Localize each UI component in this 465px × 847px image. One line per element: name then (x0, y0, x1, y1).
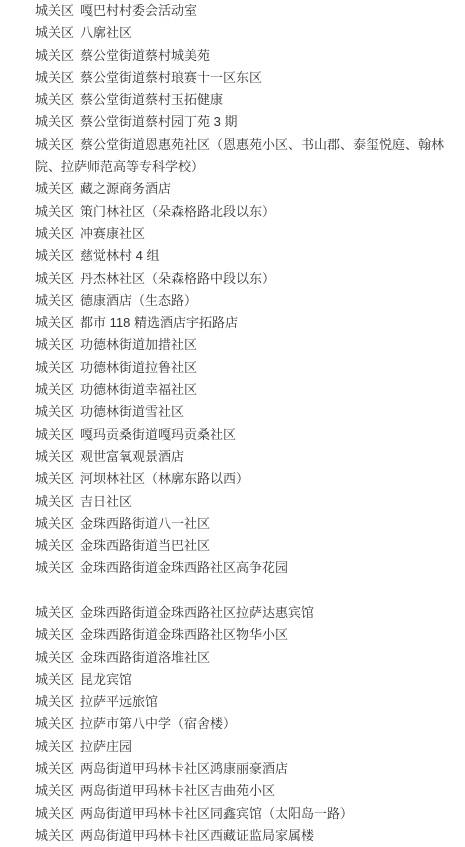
list-item: 城关区丹杰林社区（朵森格路中段以东） (35, 268, 461, 290)
list-item: 城关区功德林街道加措社区 (35, 334, 461, 356)
place-label: 昆龙宾馆 (80, 672, 132, 687)
place-label: 蔡公堂街道蔡村玉拓健康 (80, 92, 223, 107)
place-label: 两岛街道甲玛林卡社区吉曲苑小区 (80, 783, 275, 798)
place-label: 两岛街道甲玛林卡社区西藏证监局家属楼 (80, 828, 314, 843)
list-item: 城关区都市 118 精选酒店宇拓路店 (35, 312, 461, 334)
place-label: 蔡公堂街道恩惠苑社区（恩惠苑小区、书山郡、泰玺悦庭、翰林院、拉萨师范高等专科学校… (35, 137, 444, 174)
place-label: 拉萨平远旅馆 (80, 694, 158, 709)
place-label: 功德林街道雪社区 (80, 404, 184, 419)
district-label: 城关区 (35, 605, 74, 620)
district-label: 城关区 (35, 293, 74, 308)
district-label: 城关区 (35, 672, 74, 687)
place-label: 观世富氧观景酒店 (80, 449, 184, 464)
district-label: 城关区 (35, 560, 74, 575)
place-label: 丹杰林社区（朵森格路中段以东） (80, 271, 275, 286)
district-label: 城关区 (35, 382, 74, 397)
place-label: 两岛街道甲玛林卡社区同鑫宾馆（太阳岛一路） (80, 806, 353, 821)
list-item: 城关区慈觉林村 4 组 (35, 245, 461, 267)
place-label: 金珠西路街道洛堆社区 (80, 650, 210, 665)
district-label: 城关区 (35, 694, 74, 709)
district-label: 城关区 (35, 783, 74, 798)
district-label: 城关区 (35, 806, 74, 821)
place-label: 蔡公堂街道蔡村园丁苑 3 期 (80, 114, 237, 129)
district-label: 城关区 (35, 716, 74, 731)
district-label: 城关区 (35, 248, 74, 263)
place-label: 金珠西路街道当巴社区 (80, 538, 210, 553)
list-item: 城关区蔡公堂街道蔡村琅赛十一区东区 (35, 67, 461, 89)
list-item: 城关区蔡公堂街道蔡村玉拓健康 (35, 89, 461, 111)
list-item: 城关区嘎玛贡桑街道嘎玛贡桑社区 (35, 424, 461, 446)
list-item: 城关区两岛街道甲玛林卡社区吉曲苑小区 (35, 780, 461, 802)
district-label: 城关区 (35, 181, 74, 196)
list-item: 城关区拉萨平远旅馆 (35, 691, 461, 713)
list-item: 城关区两岛街道甲玛林卡社区西藏证监局家属楼 (35, 825, 461, 847)
place-label: 金珠西路街道金珠西路社区物华小区 (80, 627, 288, 642)
district-label: 城关区 (35, 3, 74, 18)
list-item: 城关区观世富氧观景酒店 (35, 446, 461, 468)
place-label: 两岛街道甲玛林卡社区鸿康丽豪酒店 (80, 761, 288, 776)
place-label: 慈觉林村 4 组 (80, 248, 159, 263)
list-item: 城关区蔡公堂街道恩惠苑社区（恩惠苑小区、书山郡、泰玺悦庭、翰林院、拉萨师范高等专… (35, 134, 461, 179)
district-label: 城关区 (35, 538, 74, 553)
district-label: 城关区 (35, 271, 74, 286)
district-label: 城关区 (35, 337, 74, 352)
place-label: 嘎巴村村委会活动室 (80, 3, 197, 18)
list-item: 城关区河坝林社区（林廓东路以西） (35, 468, 461, 490)
list-item: 城关区冲赛康社区 (35, 223, 461, 245)
district-label: 城关区 (35, 315, 74, 330)
list-item: 城关区金珠西路街道当巴社区 (35, 535, 461, 557)
list-item: 城关区蔡公堂街道蔡村园丁苑 3 期 (35, 111, 461, 133)
district-label: 城关区 (35, 137, 74, 152)
blank-line (35, 580, 461, 602)
place-label: 金珠西路街道八一社区 (80, 516, 210, 531)
list-item: 城关区金珠西路街道金珠西路社区拉萨达惠宾馆 (35, 602, 461, 624)
place-label: 河坝林社区（林廓东路以西） (80, 471, 249, 486)
list-item: 城关区两岛街道甲玛林卡社区同鑫宾馆（太阳岛一路） (35, 803, 461, 825)
place-label: 吉日社区 (80, 494, 132, 509)
risk-area-list: 城关区嘎巴村村委会活动室城关区八廓社区城关区蔡公堂街道蔡村城美苑城关区蔡公堂街道… (0, 0, 465, 847)
district-label: 城关区 (35, 114, 74, 129)
list-item: 城关区功德林街道雪社区 (35, 401, 461, 423)
district-label: 城关区 (35, 761, 74, 776)
place-label: 冲赛康社区 (80, 226, 145, 241)
place-label: 拉萨庄园 (80, 739, 132, 754)
place-label: 金珠西路街道金珠西路社区拉萨达惠宾馆 (80, 605, 314, 620)
place-label: 拉萨市第八中学（宿舍楼） (80, 716, 236, 731)
district-label: 城关区 (35, 48, 74, 63)
district-label: 城关区 (35, 404, 74, 419)
district-label: 城关区 (35, 360, 74, 375)
list-item: 城关区嘎巴村村委会活动室 (35, 0, 461, 22)
list-item: 城关区昆龙宾馆 (35, 669, 461, 691)
place-label: 功德林街道加措社区 (80, 337, 197, 352)
list-item: 城关区拉萨市第八中学（宿舍楼） (35, 713, 461, 735)
list-item: 城关区金珠西路街道金珠西路社区物华小区 (35, 624, 461, 646)
district-label: 城关区 (35, 516, 74, 531)
place-label: 藏之源商务酒店 (80, 181, 171, 196)
district-label: 城关区 (35, 627, 74, 642)
place-label: 功德林街道幸福社区 (80, 382, 197, 397)
place-label: 八廓社区 (80, 25, 132, 40)
district-label: 城关区 (35, 494, 74, 509)
list-item: 城关区策门林社区（朵森格路北段以东） (35, 201, 461, 223)
district-label: 城关区 (35, 449, 74, 464)
place-label: 功德林街道拉鲁社区 (80, 360, 197, 375)
list-item: 城关区八廓社区 (35, 22, 461, 44)
district-label: 城关区 (35, 226, 74, 241)
place-label: 蔡公堂街道蔡村琅赛十一区东区 (80, 70, 262, 85)
list-item: 城关区金珠西路街道金珠西路社区高争花园 (35, 557, 461, 579)
list-item: 城关区金珠西路街道八一社区 (35, 513, 461, 535)
place-label: 蔡公堂街道蔡村城美苑 (80, 48, 210, 63)
list-item: 城关区金珠西路街道洛堆社区 (35, 647, 461, 669)
district-label: 城关区 (35, 70, 74, 85)
district-label: 城关区 (35, 471, 74, 486)
place-label: 德康酒店（生态路） (80, 293, 197, 308)
place-label: 金珠西路街道金珠西路社区高争花园 (80, 560, 288, 575)
list-item: 城关区功德林街道幸福社区 (35, 379, 461, 401)
district-label: 城关区 (35, 739, 74, 754)
place-label: 策门林社区（朵森格路北段以东） (80, 204, 275, 219)
list-item: 城关区藏之源商务酒店 (35, 178, 461, 200)
place-label: 嘎玛贡桑街道嘎玛贡桑社区 (80, 427, 236, 442)
list-item: 城关区蔡公堂街道蔡村城美苑 (35, 45, 461, 67)
district-label: 城关区 (35, 828, 74, 843)
district-label: 城关区 (35, 92, 74, 107)
district-label: 城关区 (35, 204, 74, 219)
district-label: 城关区 (35, 25, 74, 40)
district-label: 城关区 (35, 427, 74, 442)
list-item: 城关区拉萨庄园 (35, 736, 461, 758)
list-item: 城关区功德林街道拉鲁社区 (35, 357, 461, 379)
list-item: 城关区吉日社区 (35, 491, 461, 513)
list-item: 城关区德康酒店（生态路） (35, 290, 461, 312)
place-label: 都市 118 精选酒店宇拓路店 (80, 315, 238, 330)
district-label: 城关区 (35, 650, 74, 665)
list-item: 城关区两岛街道甲玛林卡社区鸿康丽豪酒店 (35, 758, 461, 780)
